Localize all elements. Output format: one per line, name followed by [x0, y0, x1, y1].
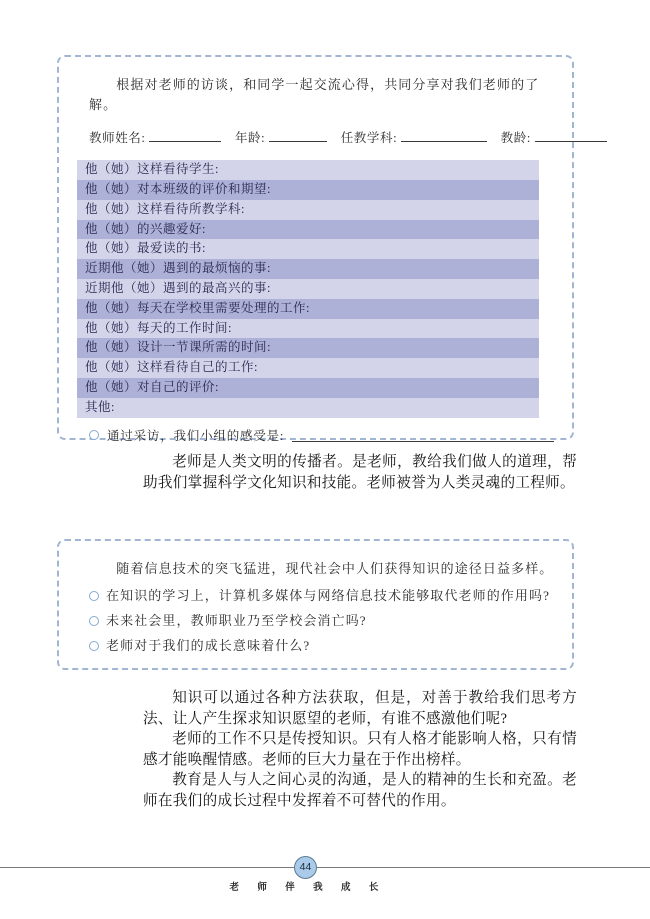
teaching-years-label: 教龄:	[501, 131, 531, 145]
discussion-question-list: 在知识的学习上，计算机多媒体与网络信息技术能够取代老师的作用吗? 未来社会里，教…	[89, 587, 555, 656]
form-field-teacher-name: 教师姓名:	[89, 128, 221, 146]
textbook-page: 根据对老师的访谈，和同学一起交流心得，共同分享对我们老师的了解。 教师姓名: 年…	[0, 0, 650, 919]
teaching-years-input[interactable]	[535, 129, 607, 142]
form-field-teaching-years: 教龄:	[501, 128, 607, 146]
footer-divider	[0, 867, 650, 868]
age-input[interactable]	[269, 129, 327, 142]
page-number-badge: 44	[294, 856, 317, 879]
group-feeling-input[interactable]	[292, 428, 554, 442]
paragraph-text: 教育是人与人之间心灵的沟通，是人的精神的生长和充盈。老师在我们的成长过程中发挥着…	[143, 770, 577, 811]
circle-bullet-icon	[89, 616, 99, 626]
question-text: 在知识的学习上，计算机多媒体与网络信息技术能够取代老师的作用吗?	[106, 588, 550, 603]
teacher-name-label: 教师姓名:	[89, 131, 145, 145]
form-field-age: 年龄:	[235, 128, 327, 146]
table-row: 他（她）对自己的评价:	[77, 378, 539, 398]
discussion-intro: 随着信息技术的突飞猛进，现代社会中人们获得知识的途径日益多样。	[89, 559, 556, 579]
table-row: 他（她）对本班级的评价和期望:	[77, 180, 539, 200]
subject-input[interactable]	[401, 129, 487, 142]
table-row: 他（她）设计一节课所需的时间:	[77, 338, 539, 358]
question-text: 老师对于我们的成长意味着什么?	[106, 638, 310, 653]
group-feeling-prompt: 通过采访，我们小组的感受是:	[89, 426, 554, 444]
interview-prompt-table: 他（她）这样看待学生: 他（她）对本班级的评价和期望: 他（她）这样看待所教学科…	[77, 160, 539, 417]
interview-worksheet-box: 根据对老师的访谈，和同学一起交流心得，共同分享对我们老师的了解。 教师姓名: 年…	[57, 55, 574, 440]
circle-bullet-icon	[89, 641, 99, 651]
table-row: 近期他（她）遇到的最烦恼的事:	[77, 259, 539, 279]
table-row: 他（她）每天的工作时间:	[77, 319, 539, 339]
table-row: 其他:	[77, 398, 539, 418]
subject-label: 任教学科:	[341, 131, 397, 145]
table-row: 他（她）每天在学校里需要处理的工作:	[77, 299, 539, 319]
body-paragraph-teacher-role: 老师是人类文明的传播者。是老师，教给我们做人的道理，帮助我们掌握科学文化知识和技…	[143, 452, 577, 493]
teacher-info-form: 教师姓名: 年龄: 任教学科: 教龄:	[89, 128, 558, 146]
teacher-name-input[interactable]	[149, 129, 221, 142]
worksheet-instruction: 根据对老师的访谈，和同学一起交流心得，共同分享对我们老师的了解。	[89, 75, 556, 115]
paragraph-text: 老师的工作不只是传授知识。只有人格才能影响人格，只有情感才能唤醒情感。老师的巨大…	[143, 729, 577, 770]
paragraph-text: 老师是人类文明的传播者。是老师，教给我们做人的道理，帮助我们掌握科学文化知识和技…	[143, 452, 577, 493]
body-paragraphs-conclusion: 知识可以通过各种方法获取，但是，对善于教给我们思考方法、让人产生探求知识愿望的老…	[143, 688, 577, 812]
circle-bullet-icon	[89, 591, 99, 601]
group-feeling-label: 通过采访，我们小组的感受是:	[107, 426, 284, 444]
list-item: 在知识的学习上，计算机多媒体与网络信息技术能够取代老师的作用吗?	[89, 587, 555, 606]
table-row: 他（她）这样看待所教学科:	[77, 200, 539, 220]
question-text: 未来社会里，教师职业乃至学校会消亡吗?	[106, 613, 367, 628]
discussion-questions-box: 随着信息技术的突飞猛进，现代社会中人们获得知识的途径日益多样。 在知识的学习上，…	[57, 539, 574, 670]
list-item: 未来社会里，教师职业乃至学校会消亡吗?	[89, 612, 555, 631]
age-label: 年龄:	[235, 131, 265, 145]
paragraph-text: 知识可以通过各种方法获取，但是，对善于教给我们思考方法、让人产生探求知识愿望的老…	[143, 688, 577, 729]
form-field-subject: 任教学科:	[341, 128, 487, 146]
table-row: 他（她）这样看待自己的工作:	[77, 358, 539, 378]
list-item: 老师对于我们的成长意味着什么?	[89, 637, 555, 656]
table-row: 他（她）最爱读的书:	[77, 239, 539, 259]
table-row: 近期他（她）遇到的最高兴的事:	[77, 279, 539, 299]
chapter-title: 老 师 伴 我 成 长	[0, 879, 616, 893]
table-row: 他（她）这样看待学生:	[77, 160, 539, 180]
circle-bullet-icon	[89, 430, 99, 440]
table-row: 他（她）的兴趣爱好:	[77, 220, 539, 240]
